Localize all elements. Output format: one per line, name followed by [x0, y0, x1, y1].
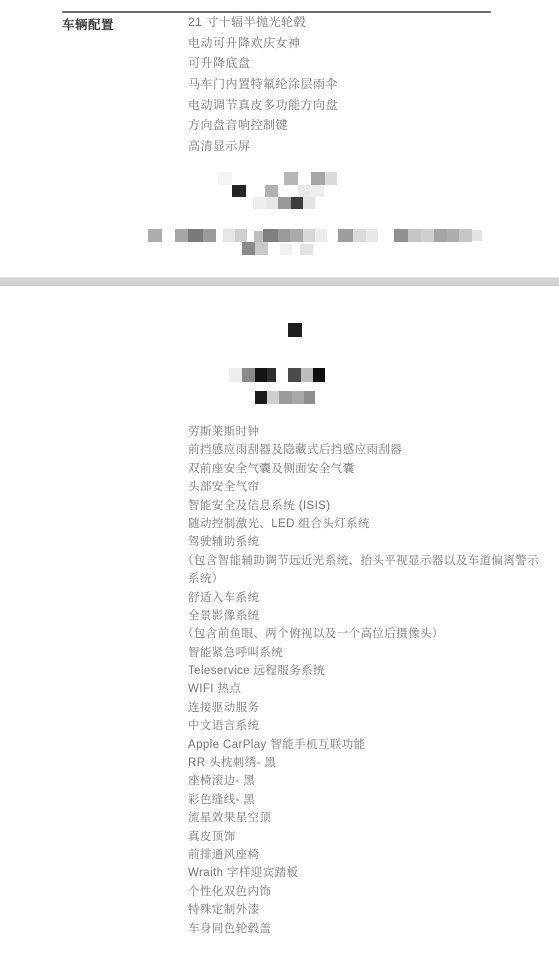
config-item: 双前座安全气囊及侧面安全气囊 — [188, 460, 548, 478]
redaction-block — [434, 229, 447, 242]
redaction-block — [300, 244, 313, 255]
config-item: 电动调节真皮多功能方向盘 — [188, 95, 518, 116]
config-item: 马车门内置特氟纶涂层雨伞 — [188, 74, 518, 95]
config-item: 中文语言系统 — [188, 717, 548, 735]
config-item: 随动控制激光、LED 组合头灯系统 — [188, 515, 548, 533]
redaction-block — [408, 229, 421, 242]
redaction-block — [325, 172, 337, 185]
config-item-note-wrap: 系统） — [188, 570, 548, 588]
redaction-block — [290, 229, 303, 242]
redaction-block — [253, 197, 266, 209]
redaction-block — [223, 229, 235, 242]
config-item: WIFI 热点 — [188, 680, 548, 698]
config-item-note: （包含前鱼眼、两个俯视以及一个高位后摄像头） — [182, 625, 548, 643]
redaction-block — [255, 242, 268, 255]
config-item-note: （包含智能辅助调节远近光系统、抬头平视显示器以及车道偏离警示 — [182, 552, 548, 570]
redaction-block — [232, 185, 246, 197]
redaction-block — [266, 197, 278, 209]
config-item: 真皮顶饰 — [188, 828, 548, 846]
config-item: 舒适入车系统 — [188, 589, 548, 607]
redaction-block — [203, 229, 216, 242]
config-item: RR 头枕刺绣- 黑 — [188, 754, 548, 772]
redaction-block — [265, 185, 278, 197]
redaction-block — [421, 229, 434, 242]
redaction-block — [315, 229, 327, 242]
redaction-block — [175, 229, 188, 242]
config-item: 可升降底盘 — [188, 53, 518, 74]
config-item: 流星效果星空顶 — [188, 809, 548, 827]
redaction-block — [278, 229, 290, 242]
config-item: 彩色缝线- 黑 — [188, 791, 548, 809]
config-item: 智能紧急呼叫系统 — [188, 644, 548, 662]
redaction-block — [366, 229, 378, 242]
redaction-block — [288, 368, 301, 382]
redaction-block — [263, 229, 278, 242]
redaction-block — [255, 391, 267, 404]
section-divider — [0, 277, 559, 286]
config-item: 电动可升降欢庆女神 — [188, 33, 518, 54]
config-item: 全景影像系统 — [188, 607, 548, 625]
config-item: 座椅滚边- 黑 — [188, 772, 548, 790]
redaction-block — [298, 185, 310, 197]
config-item: 前排通风座椅 — [188, 846, 548, 864]
redaction-block — [229, 368, 242, 382]
redaction-block — [288, 323, 302, 337]
config-item: 智能安全及信息系统 (ISIS) — [188, 497, 548, 515]
config-item: 前挡感应雨刮器及隐藏式后挡感应雨刮器 — [188, 441, 548, 459]
section-label: 车辆配置 — [62, 15, 114, 33]
redaction-block — [394, 229, 408, 242]
config-item: 头部安全气帘 — [188, 478, 548, 496]
config-item: Apple CarPlay 智能手机互联功能 — [188, 736, 548, 754]
redaction-block — [279, 391, 292, 404]
redaction-block — [311, 172, 325, 185]
vehicle-config-list-bottom: 劳斯莱斯时钟 前挡感应雨刮器及隐藏式后挡感应雨刮器 双前座安全气囊及侧面安全气囊… — [188, 423, 548, 938]
redaction-block — [280, 244, 292, 255]
redaction-block — [301, 368, 313, 382]
redaction-block — [472, 230, 482, 241]
redaction-block — [353, 229, 366, 242]
redaction-block — [267, 368, 276, 382]
redaction-block — [278, 197, 291, 209]
redaction-block — [267, 391, 279, 404]
redaction-block — [304, 391, 315, 404]
redaction-block — [447, 229, 459, 242]
redaction-block — [310, 185, 324, 197]
config-item: Teleservice 远程服务系统 — [188, 662, 548, 680]
redaction-block — [303, 229, 315, 242]
redaction-block — [255, 368, 267, 382]
config-item: 驾驶辅助系统 — [188, 533, 548, 551]
vehicle-config-list-top: 21 寸十辐半抛光轮毂 电动可升降欢庆女神 可升降底盘 马车门内置特氟纶涂层雨伞… — [188, 12, 518, 157]
config-item: 特殊定制外漆 — [188, 901, 548, 919]
redaction-block — [242, 242, 255, 255]
redaction-block — [338, 229, 353, 242]
redaction-block — [303, 197, 315, 209]
config-item: Wraith 字样迎宾踏板 — [188, 864, 548, 882]
redaction-block — [148, 229, 162, 242]
config-item: 高清显示屏 — [188, 136, 518, 157]
redaction-block — [235, 229, 247, 242]
redaction-block — [284, 172, 298, 185]
config-item: 21 寸十辐半抛光轮毂 — [188, 12, 518, 33]
document-page: 车辆配置 21 寸十辐半抛光轮毂 电动可升降欢庆女神 可升降底盘 马车门内置特氟… — [0, 0, 559, 960]
redaction-block — [242, 368, 255, 382]
redaction-block — [254, 231, 263, 242]
config-item: 方向盘音响控制键 — [188, 115, 518, 136]
redaction-block — [313, 368, 325, 382]
redaction-block — [292, 391, 304, 404]
redaction-block — [188, 229, 203, 242]
config-item: 连接驱动服务 — [188, 699, 548, 717]
config-item: 劳斯莱斯时钟 — [188, 423, 548, 441]
redaction-block — [218, 172, 232, 185]
config-item: 车身同色轮毂盖 — [188, 920, 548, 938]
redaction-block — [459, 229, 472, 242]
config-item: 个性化双色内饰 — [188, 883, 548, 901]
redaction-block — [291, 197, 303, 209]
